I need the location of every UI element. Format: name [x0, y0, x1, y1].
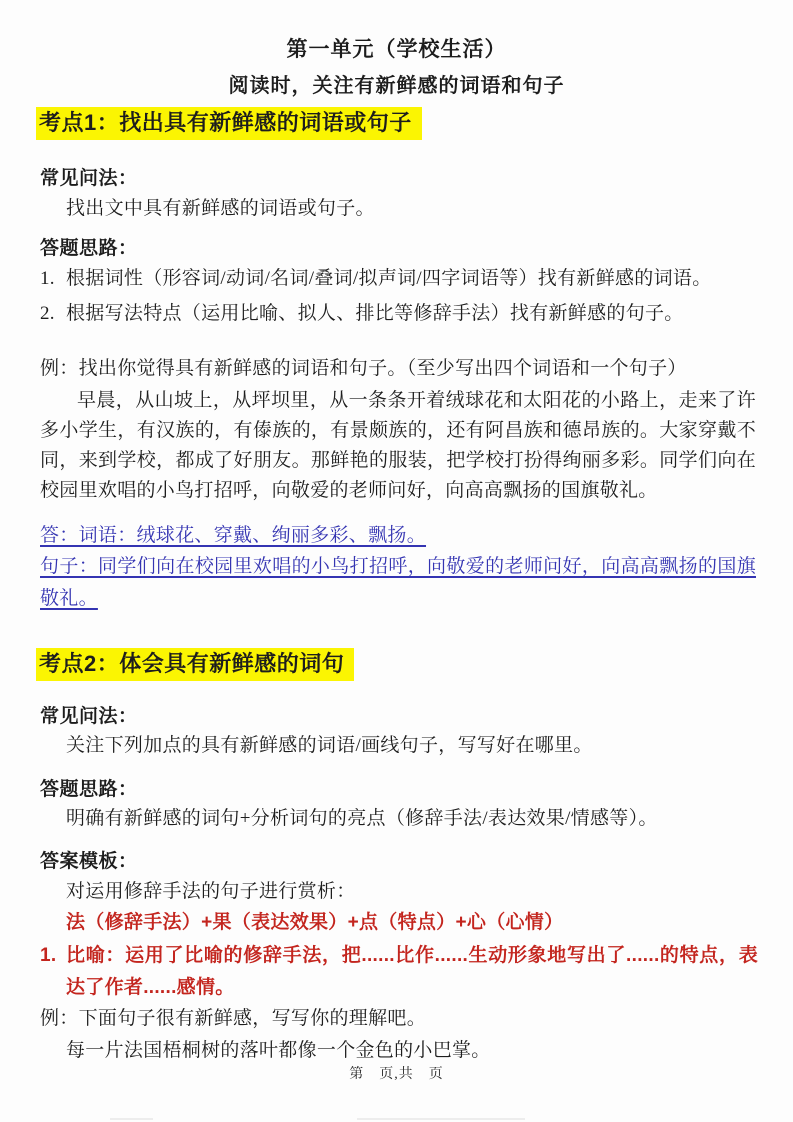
kp2-thinking-text: 明确有新鲜感的词句+分析词句的亮点（修辞手法/表达效果/情感等）。	[66, 804, 658, 834]
kp2-template-label: 答案模板：	[40, 846, 138, 873]
page-number-footer: 第 页,共 页	[0, 1063, 793, 1083]
kp2-thinking-label: 答题思路：	[40, 774, 138, 801]
kp1-thinking-label: 答题思路：	[40, 233, 138, 260]
exam-point-1-heading: 考点1：找出具有新鲜感的词语或句子	[36, 107, 422, 140]
list-text: 根据词性（形容词/动词/名词/叠词/拟声词/四字词语等）找有新鲜感的词语。	[66, 264, 712, 294]
kp2-template-intro: 对运用修辞手法的句子进行赏析：	[66, 877, 356, 907]
kp1-answer-sentence: 句子：同学们向在校园里欢唱的小鸟打招呼，向敬爱的老师问好，向高高飘扬的国旗敬礼。	[40, 551, 756, 614]
kp2-question-label: 常见问法：	[40, 701, 138, 728]
scan-artifact-line	[357, 1118, 525, 1120]
list-text: 比喻：运用了比喻的修辞手法，把......比作......生动形象地写出了...…	[66, 945, 758, 998]
kp2-template-item: 1. 比喻：运用了比喻的修辞手法，把......比作......生动形象地写出了…	[40, 940, 758, 1004]
list-number: 1.	[40, 264, 66, 294]
document-page: 第一单元（学校生活） 阅读时，关注有新鲜感的词语和句子 考点1：找出具有新鲜感的…	[0, 0, 793, 1122]
doc-title: 第一单元（学校生活）	[0, 33, 793, 63]
doc-subtitle: 阅读时，关注有新鲜感的词语和句子	[0, 69, 793, 98]
kp2-question-text: 关注下列加点的具有新鲜感的词语/画线句子，写写好在哪里。	[66, 731, 593, 761]
list-number: 1.	[40, 940, 56, 972]
kp1-example-body: 早晨，从山坡上，从坪坝里，从一条条开着绒球花和太阳花的小路上，走来了许多小学生，…	[40, 386, 756, 506]
kp1-question-label: 常见问法：	[40, 163, 138, 190]
kp2-template-formula: 法（修辞手法）+果（表达效果）+点（特点）+心（心情）	[66, 908, 563, 938]
kp1-answer-words: 答：词语：绒球花、穿戴、绚丽多彩、飘扬。	[40, 520, 756, 552]
kp1-question-text: 找出文中具有新鲜感的词语或句子。	[66, 194, 375, 224]
kp1-list-item-2: 2. 根据写法特点（运用比喻、拟人、排比等修辞手法）找有新鲜感的句子。	[40, 299, 756, 329]
list-text: 根据写法特点（运用比喻、拟人、排比等修辞手法）找有新鲜感的句子。	[66, 299, 684, 329]
exam-point-1-heading-wrap: 考点1：找出具有新鲜感的词语或句子	[36, 107, 422, 140]
list-number: 2.	[40, 299, 66, 329]
kp1-example-intro: 例：找出你觉得具有新鲜感的词语和句子。（至少写出四个词语和一个句子）	[40, 354, 687, 384]
scan-artifact-line	[110, 1118, 153, 1120]
exam-point-2-heading: 考点2：体会具有新鲜感的词句	[36, 648, 354, 681]
exam-point-2-heading-wrap: 考点2：体会具有新鲜感的词句	[36, 648, 354, 681]
kp1-list-item-1: 1. 根据词性（形容词/动词/名词/叠词/拟声词/四字词语等）找有新鲜感的词语。	[40, 264, 756, 294]
kp2-example-intro: 例：下面句子很有新鲜感，写写你的理解吧。	[40, 1004, 426, 1034]
kp2-example-sentence: 每一片法国梧桐树的落叶都像一个金色的小巴掌。	[66, 1036, 491, 1066]
